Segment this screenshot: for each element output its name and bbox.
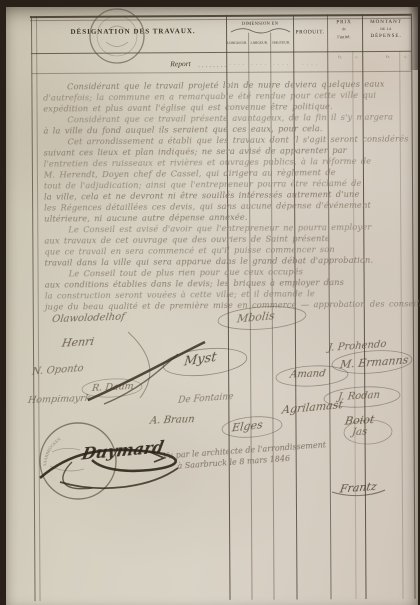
signature: Jas (351, 427, 367, 439)
cell-dots: . . . . (302, 61, 318, 66)
signature: Boiot (344, 413, 375, 428)
signature: Amand (289, 368, 326, 380)
column-header-hauteur: HAUTEUR. (272, 41, 290, 45)
signature: A. Braun (149, 414, 195, 427)
column-header-montant: MONTANT (370, 20, 402, 25)
cell-dots: . . . . (229, 62, 245, 67)
column-header-montant-dela: DE LA (380, 27, 391, 31)
grid-line-h (31, 51, 411, 54)
column-header-depense: DÉPENSE. (370, 34, 401, 39)
unit-label-fr: fr. (386, 54, 390, 59)
document-photo: DÉSIGNATION DES TRAVAUX. DIMENSION EN LO… (0, 0, 420, 605)
handwritten-body: Considérant que le travail projeté loin … (43, 78, 413, 312)
signature: R. Daum (91, 381, 134, 394)
grid-line-v (36, 16, 41, 601)
column-header-longueur: LONGUEUR. (227, 41, 247, 45)
column-header-designation: DÉSIGNATION DES TRAVAUX. (70, 27, 195, 36)
signature: J. Rodan (337, 390, 380, 403)
signature: Hompimayrk (27, 393, 91, 406)
grid-line-h (30, 18, 411, 21)
column-header-prix: PRIX (336, 20, 351, 25)
report-dots: . . . . . . . . (198, 60, 226, 69)
unit-label-c: c. (356, 54, 359, 59)
cell-dots: . . . . (251, 62, 267, 67)
unit-label-c: c. (405, 54, 408, 59)
column-header-largeur: LARGEUR. (250, 41, 267, 45)
report-label: Report (170, 59, 190, 68)
signature: Frantz (339, 480, 378, 496)
grid-line-h (31, 71, 411, 74)
column-header-prix-de: de (342, 27, 346, 31)
column-header-produit: PRODUIT. (296, 29, 325, 35)
column-header-dimension: DIMENSION EN (242, 21, 279, 26)
cell-dots: . . . . (273, 62, 289, 67)
column-header-prix-unite: l'unité. (337, 34, 351, 39)
signature: Henri (61, 335, 95, 350)
unit-label-fr: fr. (338, 54, 342, 59)
grid-line-v (31, 16, 36, 601)
